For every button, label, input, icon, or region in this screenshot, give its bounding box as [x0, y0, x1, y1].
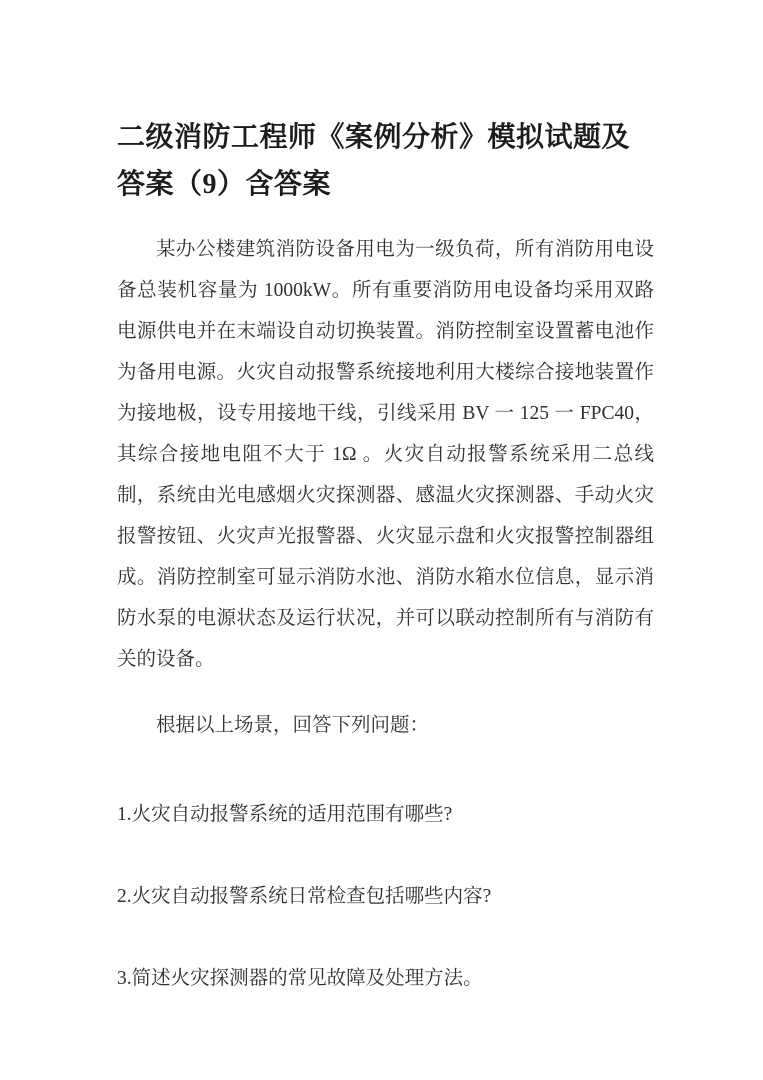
document-title: 二级消防工程师《案例分析》模拟试题及答案（9）含答案 — [117, 114, 654, 208]
question-2: 2.火灾自动报警系统日常检查包括哪些内容? — [117, 876, 654, 917]
question-3: 3.简述火灾探测器的常见故障及处理方法。 — [117, 958, 654, 999]
instruction-line: 根据以上场景，回答下列问题： — [117, 705, 654, 746]
document-page: 二级消防工程师《案例分析》模拟试题及答案（9）含答案 某办公楼建筑消防设备用电为… — [0, 0, 763, 1080]
scenario-paragraph: 某办公楼建筑消防设备用电为一级负荷，所有消防用电设备总装机容量为 1000kW。… — [117, 229, 654, 680]
question-1: 1.火灾自动报警系统的适用范围有哪些? — [117, 794, 654, 835]
